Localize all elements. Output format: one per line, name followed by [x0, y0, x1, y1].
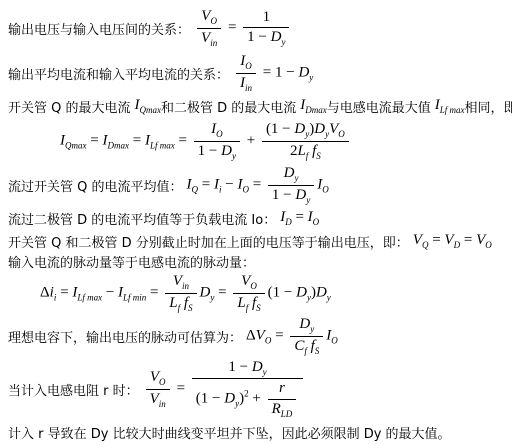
doc-line-inductor-resistance: 当计入电感电阻 r 时： VOVin = 1 − Dy(1 − Dy)2 + r…: [0, 357, 512, 421]
text-run: 当计入电感电阻 r 时：: [8, 380, 139, 399]
doc-line-diode-avg-current: 流过二极管 D 的电流平均值等于负载电流 Io： ID = IO: [0, 206, 512, 230]
text-run: 开关管 Q 的最大电流: [8, 97, 131, 116]
inline-formula-current-ratio: IOIin = 1 − Dy: [233, 53, 313, 93]
text-run: 计入 r 导致在 Dy 比较大时曲线变平坦并下坠，因此必须限制 Dy 的最大值。: [8, 423, 451, 442]
text-run: 流过二极管 D 的电流平均值等于负载电流 Io：: [8, 209, 276, 228]
inline-formula-diode-avg: ID = IO: [280, 209, 319, 227]
text-run: 流过开关管 Q 的电流平均值：: [8, 176, 183, 195]
text-run: 和二极管 D 的最大电流: [161, 97, 296, 116]
document-page: 输出电压与输入电压间的关系： VOVin = 11 − Dy 输出平均电流和输入…: [0, 0, 512, 443]
inline-formula-blocking-voltage: VQ = VD = VO: [413, 232, 492, 250]
doc-line-voltage-ripple: 理想电容下，输出电压的脉动可估算为： ΔVO = DyCf fSIO: [0, 315, 512, 357]
inline-formula-iqmax: IQmax: [135, 97, 162, 115]
text-run: 相同，即：: [465, 97, 512, 116]
inline-formula-ilfmax: ILf max: [435, 97, 465, 115]
text-run: 与电感电流最大值: [327, 97, 431, 116]
formula-max-current: IQmax = IDmax = ILf max = IO1 − Dy + (1 …: [60, 121, 352, 161]
doc-line-switch-avg-current: 流过开关管 Q 的电流平均值： IQ = Ii − IO = Dy1 − DyI…: [0, 164, 512, 206]
doc-line-blocking-voltage: 开关管 Q 和二极管 D 分别截止时加在上面的电压等于输出电压，即： VQ = …: [0, 230, 512, 252]
doc-line-note: 计入 r 导致在 Dy 比较大时曲线变平坦并下坠，因此必须限制 Dy 的最大值。: [0, 421, 512, 443]
inline-formula-voltage-ratio: VOVin = 11 − Dy: [194, 8, 292, 48]
text-run: 输出电压与输入电压间的关系：: [8, 19, 190, 38]
doc-line-ripple-intro: 输入电流的脉动量等于电感电流的脉动量：: [0, 252, 512, 271]
text-run: 理想电容下，输出电压的脉动可估算为：: [8, 327, 242, 346]
inline-formula-voltage-ripple: ΔVO = DyCf fSIO: [246, 316, 338, 356]
doc-line-current-ratio: 输出平均电流和输入平均电流的关系： IOIin = 1 − Dy: [0, 52, 512, 94]
text-run: 输出平均电流和输入平均电流的关系：: [8, 64, 229, 83]
text-run: 开关管 Q 和二极管 D 分别截止时加在上面的电压等于输出电压，即：: [8, 232, 409, 251]
formula-line-max-current: IQmax = IDmax = ILf max = IO1 − Dy + (1 …: [0, 118, 512, 164]
inline-formula-inductor-resistance: VOVin = 1 − Dy(1 − Dy)2 + rRLD: [143, 359, 307, 419]
doc-line-voltage-ratio: 输出电压与输入电压间的关系： VOVin = 11 − Dy: [0, 4, 512, 52]
doc-line-max-current-text: 开关管 Q 的最大电流 IQmax 和二极管 D 的最大电流 IDmax 与电感…: [0, 94, 512, 118]
formula-current-ripple: Δii = ILf max − ILf min = VinLf fSDy = V…: [40, 273, 331, 313]
inline-formula-switch-avg: IQ = Ii − IO = Dy1 − DyIO: [187, 165, 329, 205]
inline-formula-idmax: IDmax: [300, 97, 327, 115]
text-run: 输入电流的脉动量等于电感电流的脉动量：: [8, 252, 255, 271]
formula-line-current-ripple: Δii = ILf max − ILf min = VinLf fSDy = V…: [0, 271, 512, 315]
